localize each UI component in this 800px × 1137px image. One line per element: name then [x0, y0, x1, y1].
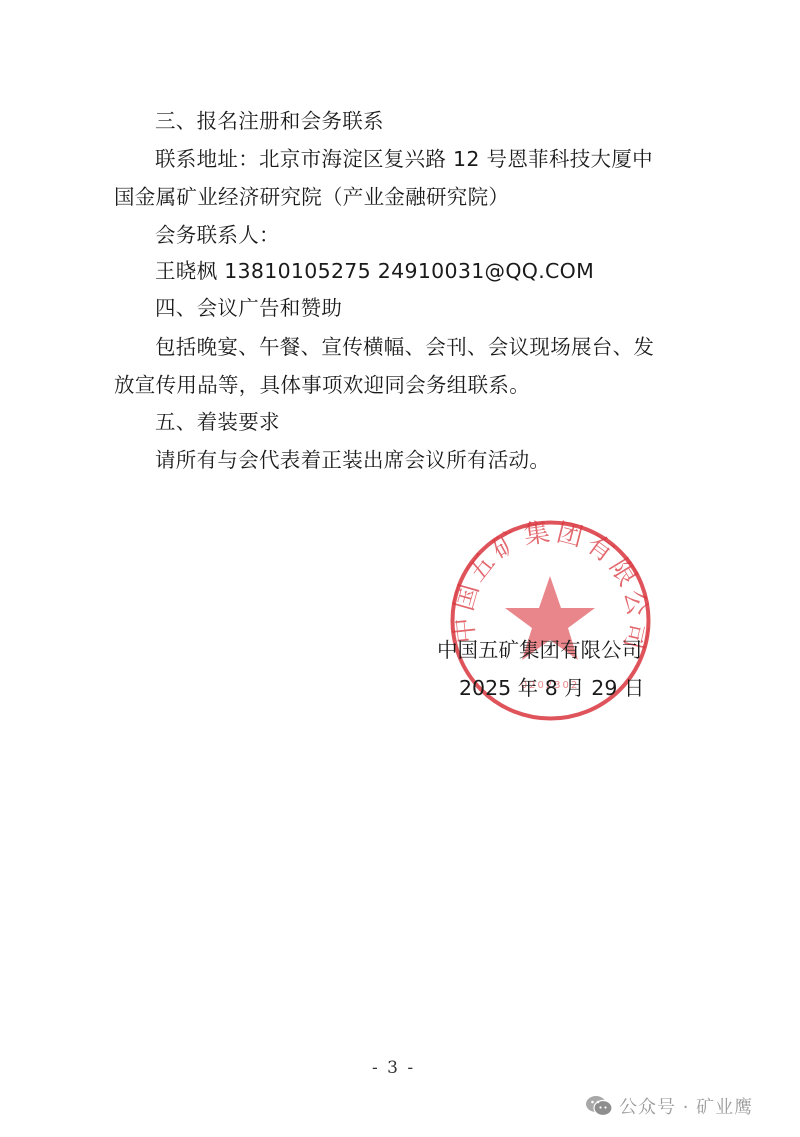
contact-address-line-2: 国金属矿业经济研究院（产业金融研究院）: [114, 184, 509, 210]
dress-code-text: 请所有与会代表着正装出席会议所有活动。: [155, 447, 550, 473]
section-heading-registration: 三、报名注册和会务联系: [155, 108, 384, 134]
contact-person-label: 会务联系人：: [155, 222, 280, 248]
wechat-icon: [585, 1095, 613, 1117]
signature-date: 2025 年 8 月 29 日: [459, 675, 644, 701]
watermark: 公众号 · 矿业鹰: [585, 1093, 753, 1119]
sponsorship-text-line-2: 放宣传用品等，具体事项欢迎同会务组联系。: [114, 372, 530, 398]
sponsorship-text-line-1: 包括晚宴、午餐、宣传横幅、会刊、会议现场展台、发: [155, 334, 654, 360]
page-number: - 3 -: [372, 1058, 415, 1078]
section-heading-dress-code: 五、着装要求: [155, 409, 280, 435]
section-heading-sponsorship: 四、会议广告和赞助: [155, 295, 342, 321]
signature-organization: 中国五矿集团有限公司: [437, 637, 642, 663]
watermark-text: 公众号 · 矿业鹰: [619, 1093, 753, 1119]
contact-person-details: 王晓枫 13810105275 24910031@QQ.COM: [155, 258, 594, 284]
contact-address-line-1: 联系地址：北京市海淀区复兴路 12 号恩菲科技大厦中: [155, 146, 653, 172]
